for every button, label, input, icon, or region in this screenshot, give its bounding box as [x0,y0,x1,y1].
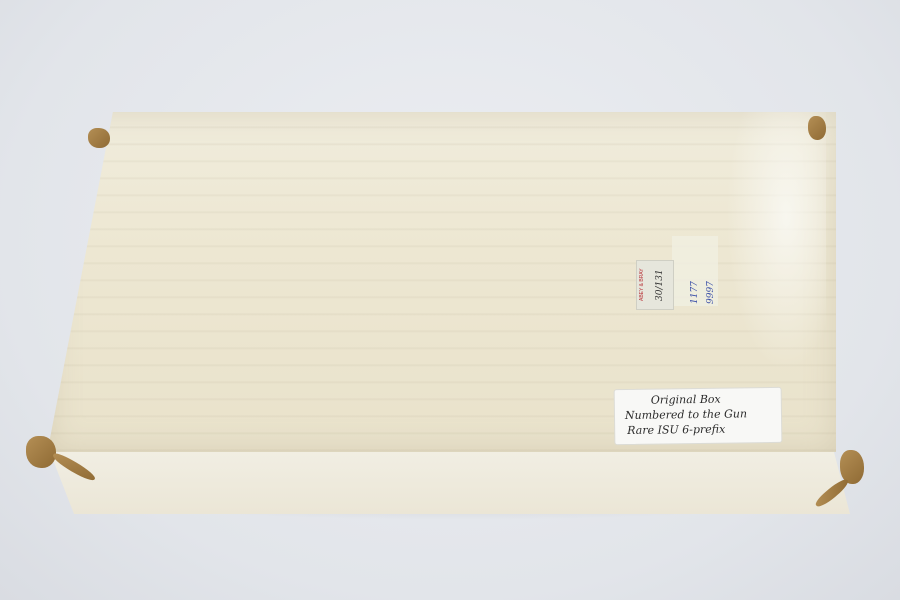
sticker-printed-text: ABEY & BRAY [639,268,645,301]
photo-scene: ABEY & BRAY 30/131 1177 9997 Original Bo… [0,0,900,600]
tape-corner-bottom-left [26,436,56,468]
tape-corner-top-right [808,116,826,140]
blue-ink-note: 9997 [706,281,716,304]
label-line: Rare ISU 6-prefix [623,421,773,438]
worn-patch [726,112,826,372]
tape-corner-top-left [88,128,110,148]
sticker-handwritten-number: 30/131 [655,269,665,301]
handwritten-label: Original Box Numbered to the Gun Rare IS… [614,387,783,445]
box-front-side [50,452,850,514]
blue-ink-note: 1177 [690,281,700,304]
small-sticker: ABEY & BRAY 30/131 [636,260,674,310]
